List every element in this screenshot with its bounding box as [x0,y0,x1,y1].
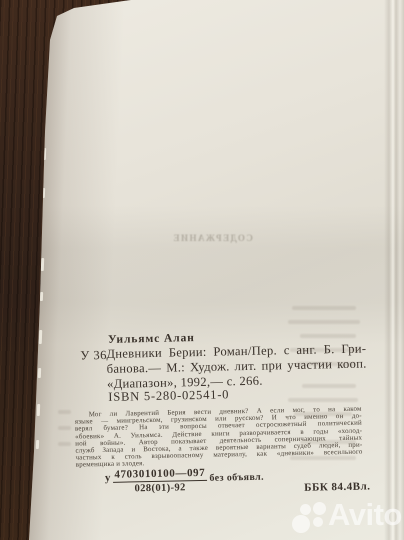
avito-logo-icon [292,502,324,534]
catalog-index-code: У 36 [80,348,107,364]
imprint-block: Уильямс Алан У 36 Дневники Берии: Роман/… [0,0,404,540]
catalog-number-prefix: у [105,472,111,484]
catalog-number-formula: у 4703010100—097 028(01)-92 без объявл. [105,466,265,495]
catalog-number-denominator: 028(01)-92 [134,481,185,494]
catalog-number-numerator: 4703010100—097 [112,467,207,483]
avito-watermark: Avito [292,498,402,534]
bbk-code: ББК 84.4Вл. [304,480,371,493]
no-announcement-note: без объявл. [209,472,264,484]
avito-watermark-text: Avito [328,498,402,532]
annotation-paragraph: Мог ли Лаврентий Берия вести дневник? А … [75,406,363,470]
page-gutter [384,0,404,540]
bibliographic-entry: Дневники Берии: Роман/Пер. с анг. Б. Гри… [106,342,367,393]
catalog-number-fraction: 4703010100—097 028(01)-92 [112,467,207,494]
photo-frame: СОДЕРЖАНИЕ Уильямс Алан У 36 Дневники Бе… [0,0,404,540]
book-page: СОДЕРЖАНИЕ Уильямс Алан У 36 Дневники Бе… [0,0,404,540]
author-name: Уильямс Алан [108,332,195,346]
isbn-number: ISBN 5-280-02541-0 [108,387,229,405]
